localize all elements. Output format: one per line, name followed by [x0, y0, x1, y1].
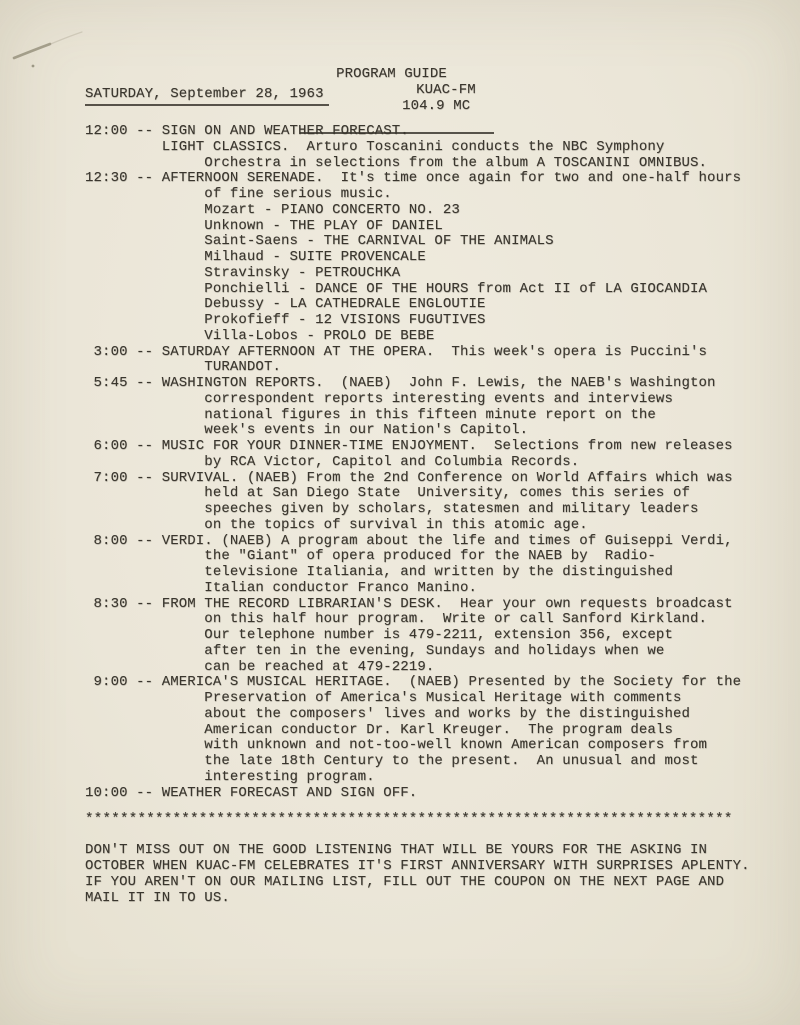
schedule-continuation-line: the late 18th Century to the present. An…	[85, 754, 741, 770]
schedule-continuation-line: on the topics of survival in this atomic…	[85, 518, 741, 534]
schedule-continuation-line: speeches given by scholars, statesmen an…	[85, 502, 741, 518]
schedule-entry-line: 5:45 -- WASHINGTON REPORTS. (NAEB) John …	[85, 376, 741, 392]
header-frequency: 104.9 MC	[402, 98, 470, 114]
schedule-continuation-line: Mozart - PIANO CONCERTO NO. 23	[85, 203, 741, 219]
footer-line: IF YOU AREN'T ON OUR MAILING LIST, FILL …	[85, 875, 750, 891]
schedule-continuation-line: Stravinsky - PETROUCHKA	[85, 266, 741, 282]
date-heading: SATURDAY, September 28, 1963	[85, 86, 329, 106]
schedule-continuation-line: Milhaud - SUITE PROVENCALE	[85, 250, 741, 266]
schedule-continuation-line: Ponchielli - DANCE OF THE HOURS from Act…	[85, 282, 741, 298]
schedule-continuation-line: LIGHT CLASSICS. Arturo Toscanini conduct…	[85, 140, 741, 156]
schedule-continuation-line: of fine serious music.	[85, 187, 741, 203]
header-title: PROGRAM GUIDE	[336, 66, 447, 82]
schedule-continuation-line: Debussy - LA CATHEDRALE ENGLOUTIE	[85, 297, 741, 313]
schedule-entry-line: 10:00 -- WEATHER FORECAST AND SIGN OFF.	[85, 786, 741, 802]
schedule-entry-line: 7:00 -- SURVIVAL. (NAEB) From the 2nd Co…	[85, 471, 741, 487]
footer-note: DON'T MISS OUT ON THE GOOD LISTENING THA…	[85, 843, 750, 907]
page-header: PROGRAM GUIDE KUAC-FM 104.9 MC	[300, 50, 494, 134]
header-station: KUAC-FM	[416, 82, 476, 98]
footer-line: DON'T MISS OUT ON THE GOOD LISTENING THA…	[85, 843, 750, 859]
schedule-continuation-line: televisione Italiania, and written by th…	[85, 565, 741, 581]
schedule-continuation-line: interesting program.	[85, 770, 741, 786]
schedule-entry-line: 9:00 -- AMERICA'S MUSICAL HERITAGE. (NAE…	[85, 675, 741, 691]
schedule-continuation-line: Villa-Lobos - PROLO DE BEBE	[85, 329, 741, 345]
schedule-continuation-line: Italian conductor Franco Manino.	[85, 581, 741, 597]
footer-line: MAIL IT IN TO US.	[85, 891, 750, 907]
schedule-entry-line: 6:00 -- MUSIC FOR YOUR DINNER-TIME ENJOY…	[85, 439, 741, 455]
schedule-continuation-line: correspondent reports interesting events…	[85, 392, 741, 408]
schedule-entry-line: 8:00 -- VERDI. (NAEB) A program about th…	[85, 534, 741, 550]
schedule-continuation-line: Preservation of America's Musical Herita…	[85, 691, 741, 707]
schedule-continuation-line: TURANDOT.	[85, 360, 741, 376]
pen-mark	[6, 28, 106, 83]
schedule-continuation-line: the "Giant" of opera produced for the NA…	[85, 549, 741, 565]
schedule-continuation-line: Orchestra in selections from the album A…	[85, 156, 741, 172]
schedule-continuation-line: week's events in our Nation's Capitol.	[85, 423, 741, 439]
schedule-continuation-line: Prokofieff - 12 VISIONS FUGUTIVES	[85, 313, 741, 329]
schedule-entry-line: 12:00 -- SIGN ON AND WEATHER FORECAST.	[85, 124, 741, 140]
schedule-continuation-line: Saint-Saens - THE CARNIVAL OF THE ANIMAL…	[85, 234, 741, 250]
schedule-continuation-line: after ten in the evening, Sundays and ho…	[85, 644, 741, 660]
schedule-continuation-line: Our telephone number is 479-2211, extens…	[85, 628, 741, 644]
schedule-continuation-line: by RCA Victor, Capitol and Columbia Reco…	[85, 455, 741, 471]
separator-line: ****************************************…	[85, 811, 733, 827]
schedule-entry-line: 3:00 -- SATURDAY AFTERNOON AT THE OPERA.…	[85, 345, 741, 361]
schedule-entry-line: 12:30 -- AFTERNOON SERENADE. It's time o…	[85, 171, 741, 187]
schedule-continuation-line: American conductor Dr. Karl Kreuger. The…	[85, 723, 741, 739]
schedule-continuation-line: on this half hour program. Write or call…	[85, 612, 741, 628]
schedule: 12:00 -- SIGN ON AND WEATHER FORECAST. L…	[85, 124, 741, 801]
program-guide-page: PROGRAM GUIDE KUAC-FM 104.9 MC SATURDAY,…	[0, 0, 800, 1025]
schedule-continuation-line: national figures in this fifteen minute …	[85, 408, 741, 424]
footer-line: OCTOBER WHEN KUAC-FM CELEBRATES IT'S FIR…	[85, 859, 750, 875]
schedule-continuation-line: can be reached at 479-2219.	[85, 660, 741, 676]
schedule-continuation-line: Unknown - THE PLAY OF DANIEL	[85, 219, 741, 235]
schedule-continuation-line: about the composers' lives and works by …	[85, 707, 741, 723]
schedule-continuation-line: with unknown and not-too-well known Amer…	[85, 738, 741, 754]
schedule-continuation-line: held at San Diego State University, come…	[85, 486, 741, 502]
schedule-entry-line: 8:30 -- FROM THE RECORD LIBRARIAN'S DESK…	[85, 597, 741, 613]
